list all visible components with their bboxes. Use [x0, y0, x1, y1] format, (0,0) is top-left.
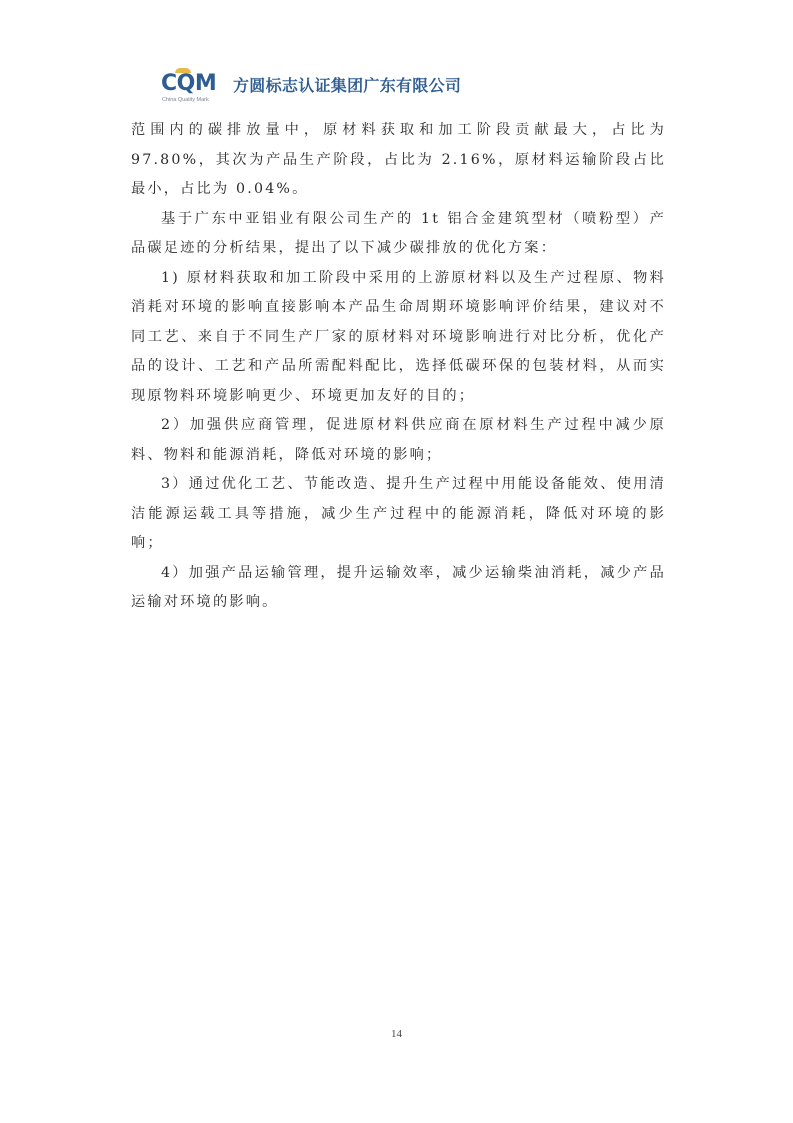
list-item-raw-materials: 1) 原材料获取和加工阶段中采用的上游原材料以及生产过程原、物料消耗对环境的影响…: [131, 264, 666, 412]
page-header: CQM China Quality Mark 方圆标志认证集团广东有限公司: [161, 68, 461, 108]
list-item-supplier-management: 2）加强供应商管理，促进原材料供应商在原材料生产过程中减少原料、物料和能源消耗，…: [131, 411, 666, 470]
cqm-logo: CQM China Quality Mark: [161, 68, 231, 106]
document-body: 范围内的碳排放量中，原材料获取和加工阶段贡献最大，占比为 97.80%，其次为产…: [131, 116, 666, 618]
list-item-transport-management: 4）加强产品运输管理，提升运输效率，减少运输柴油消耗，减少产品运输对环境的影响。: [131, 559, 666, 618]
logo-letters: CQM: [161, 73, 216, 95]
paragraph-emission-summary: 范围内的碳排放量中，原材料获取和加工阶段贡献最大，占比为 97.80%，其次为产…: [131, 116, 666, 205]
list-item-process-optimization: 3）通过优化工艺、节能改造、提升生产过程中用能设备能效、使用清洁能源运载工具等措…: [131, 470, 666, 559]
logo-subtitle: China Quality Mark: [162, 97, 209, 104]
page-number: 14: [0, 1028, 793, 1040]
company-name: 方圆标志认证集团广东有限公司: [233, 77, 461, 95]
paragraph-optimization-intro: 基于广东中亚铝业有限公司生产的 1t 铝合金建筑型材（喷粉型）产品碳足迹的分析结…: [131, 205, 666, 264]
